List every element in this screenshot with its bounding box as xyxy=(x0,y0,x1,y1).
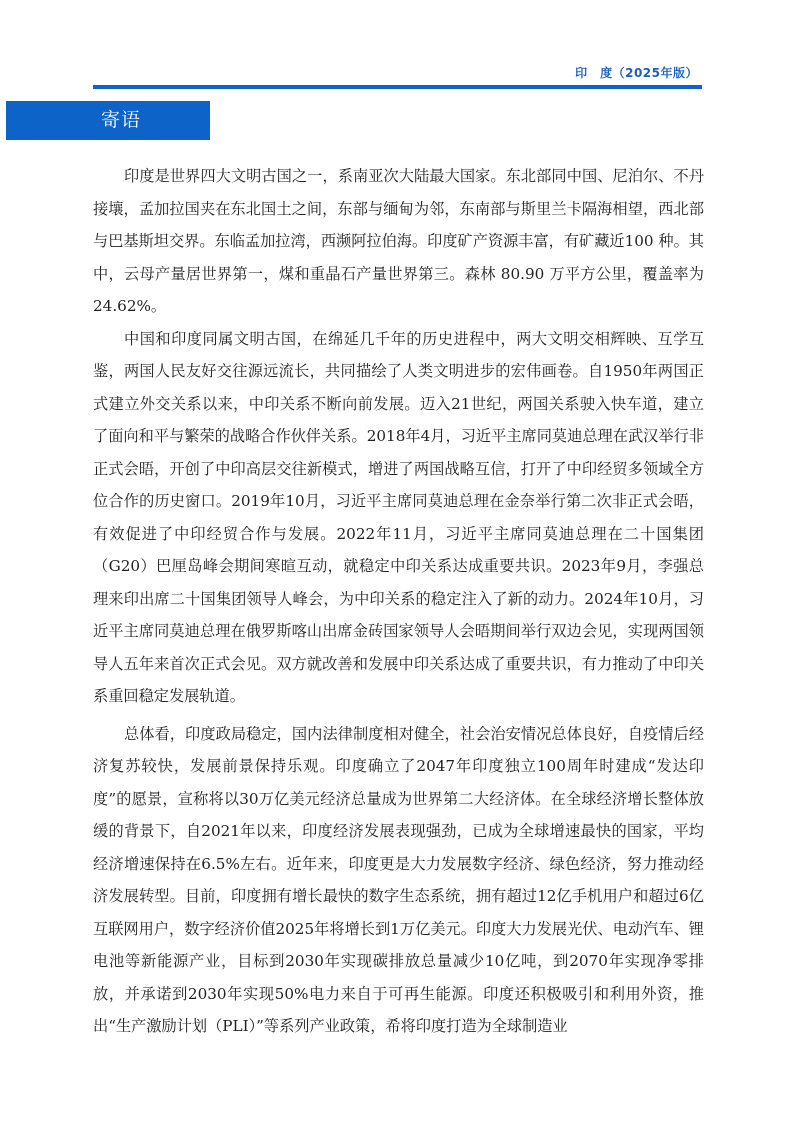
header-rule xyxy=(93,85,702,89)
paragraph-bilateral-relations: 中国和印度同属文明古国，在绵延几千年的历史进程中，两大文明交相辉映、互学互鉴，两… xyxy=(93,323,704,713)
body-text: 印度是世界四大文明古国之一，系南亚次大陆最大国家。东北部同中国、尼泊尔、不丹接壤… xyxy=(93,160,704,1043)
running-title: 印 度（2025年版） xyxy=(560,64,698,81)
paragraph-geography: 印度是世界四大文明古国之一，系南亚次大陆最大国家。东北部同中国、尼泊尔、不丹接壤… xyxy=(93,160,704,323)
section-title: 寄语 xyxy=(6,101,210,140)
paragraph-economy: 总体看，印度政局稳定，国内法律制度相对健全，社会治安情况总体良好，自疫情后经济复… xyxy=(93,718,704,1043)
